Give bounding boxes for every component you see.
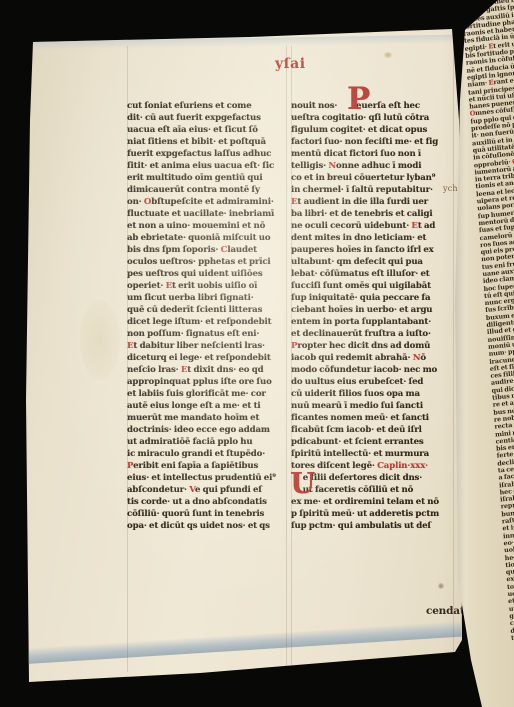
rubric-text: O [144,197,151,207]
text-line: on· Obſtupeſcite et admiramini· [127,196,285,208]
rubric-text: N [413,353,421,363]
text-line: niat ſitiens et bibit· et poſtquā [127,136,285,148]
text-line: opa· et dicūt qs uidet nos· et qs [127,520,285,532]
text-line: Et dabitur liber neſcienti lras· [127,340,285,352]
text-line: dit· cū aut fuerit expgefactus [127,112,285,124]
text-line: ciebant hoīes in uerbo· et argu [291,304,453,316]
text-line: non poſſum· ſignatus eſt eni· [127,328,285,340]
text-line: neſcio lras· Et dixit dns· eo qd [127,364,285,376]
text-line: pes ueſtros qui uident uiſiōes [127,268,285,280]
text-line: ficabūt ſcm iacob· et deū iſrl [291,424,453,436]
text-line: et declinauerūt fruſtra a iuſto· [291,328,453,340]
text-line: co et in breui cōuertetur lyban⁹ [291,172,453,184]
text-line: nouit nos· euerſa eſt hec [291,100,453,112]
text-column-left: cut ſoniat eſuriens et comedit· cū aut f… [127,100,285,532]
text-line: Et audient in die illa ſurdi uer [291,196,453,208]
text-line: mentū dicat fictori ſuo non ī [291,148,453,160]
rubric-text: V [189,485,195,495]
text-line: appropinquat pplus iſte ore ſuo [127,376,285,388]
text-line: cū uiderit filios ſuos opa ma [291,388,453,400]
text-line: tores diſcent legē· Caplin·xxx· [291,460,453,472]
text-line: quē cū dederīt ſcienti litteras [127,304,285,316]
foxing-spot [438,583,444,589]
rubric-text: E [166,281,172,291]
foxing-spot [384,52,392,58]
text-line: cōſiliū· quorū ſunt in tenebris [127,508,285,520]
text-line: ſucciſi ſunt omēs qui uigilabāt [291,280,453,292]
text-line: telligis· Nonne adhuc ī modi [291,160,453,172]
rubric-text: E [291,197,297,207]
text-line: in chermel· ī ſaltū reputabitur· [291,184,453,196]
rubric-text: P [291,341,297,351]
text-line: ex me· et ordiremini telam et nō [291,496,453,508]
text-line: doctrinis· ideo ecce ego addam [127,424,285,436]
text-line: modo cōfundetur iacob· nec mo [291,364,453,376]
text-line: diceturq ei lege· et reſpondebit [127,352,285,364]
ruling-line-center-a [286,46,287,672]
text-line: lebat· cōſūmatus eſt illuſor· et [291,268,453,280]
text-line: ſup pctm· qui ambulatis ut deſ [291,520,453,532]
text-line: bis dns ſpm ſoporis· Claudet [127,244,285,256]
running-title: yſai [275,56,306,72]
parchment-mottling [80,300,120,380]
text-line: dent mites in dno leticiam· et [291,232,453,244]
text-line: ic miraculo grandi et ſtupēdo· [127,448,285,460]
text-line: et labiis ſuis glorificāt me· cor [127,388,285,400]
text-line: um ſicut uerba libri ſignati· [127,292,285,304]
rubric-text: P [127,461,133,471]
text-line: figulum cogitet· et dicat opus [291,124,453,136]
text-line: dimicauerūt contra montē ſy [127,184,285,196]
text-line: do uultus eius erubeſcet· ſed [291,376,453,388]
text-line: Propter hec dicit dns ad domū [291,340,453,352]
text-line: ab ebrietate· quoniā miſcuit uo [127,232,285,244]
text-line: et non a uino· mouemini et nō [127,220,285,232]
adjacent-page-text: tum et os meū nōinterrogaſtis ſperantes … [461,0,514,642]
text-line: pauperes hoīes in ſancto iſrl ex [291,244,453,256]
text-line: ſup iniquitatē· quia peccare fa [291,292,453,304]
rubric-text: E [411,221,417,231]
text-line: erit multitudo oīm gentiū qui [127,172,285,184]
page-top-edge [32,35,456,51]
text-line: ba libri· et de tenebris et caligi [291,208,453,220]
text-line: dicet lege iſtum· et reſpondebit [127,316,285,328]
text-line: oculos ueſtros· pphetas et prīci [127,256,285,268]
text-line: cut ſoniat eſuriens et come [127,100,285,112]
rubric-text: E [181,365,187,375]
text-line: nuū mearū ī medio ſui ſancti [291,400,453,412]
rubric-text: E [127,341,133,351]
manuscript-page: yſai cut ſoniat eſuriens et comedit· cū … [0,0,514,707]
text-line: entem in porta ſupplantabant· [291,316,453,328]
text-line: ultabunt· qm defecit qui pua [291,256,453,268]
text-line: ut faceretis cōſiliū et nō [291,484,453,496]
text-line: ſpiritū intellectū· et murmura [291,448,453,460]
text-line: ne oculi cecorū uidebunt· Et ad [291,220,453,232]
text-line: ficantes nomen meū· et ſancti [291,412,453,424]
text-line: tis corde· ut a dno abſcondatis [127,496,285,508]
rubric-text: N [328,161,336,171]
text-line: autē eius longe eſt a me· et ti [127,400,285,412]
text-line: Peribit eni ſapīa a ſapiētibus [127,460,285,472]
text-line: iacob qui redemit abrahā· Nō [291,352,453,364]
rubric-text: Caplin·xxx· [377,461,428,471]
text-line: pdicabunt· et ſcient errantes [291,436,453,448]
ruling-line-right [453,46,454,672]
text-line: ut admiratiōē faciā pplo hu [127,436,285,448]
text-line: ſitit· et anima eius uacua eſt· ſic [127,160,285,172]
text-line: fuerit expgefactus laſſus adhuc [127,148,285,160]
rubric-text: C [221,245,228,255]
text-line: operiet· Et erit uobis uiſio oī [127,280,285,292]
text-line: muerūt me mandato hoīm et [127,412,285,424]
text-line: abſcondetur· Ve qui pfundi eſ [127,484,285,496]
text-line: p ſpiritū meū· ut adderetis pctm [291,508,453,520]
text-line: ueſtra cogitatio· qſi lutū cōtra [291,112,453,124]
drop-cap-initial-p: P [347,84,370,114]
text-line: fluctuate et uacillate· inebriamī [127,208,285,220]
text-line: factori ſuo· non feciſti me· et fig [291,136,453,148]
text-column-right: nouit nos· euerſa eſt hecueſtra cogitati… [291,100,453,532]
drop-cap-initial-u: U [290,468,315,498]
text-line: e filii deſertores dicit dns· [291,472,453,484]
under-pages-edge [25,621,461,664]
manuscript-photo: yſai cut ſoniat eſuriens et comedit· cū … [0,0,514,707]
text-line: eius· et intellectus prudentiū ei⁹ [127,472,285,484]
text-line: uacua eſt aīa eius· et ſicut ſō [127,124,285,136]
